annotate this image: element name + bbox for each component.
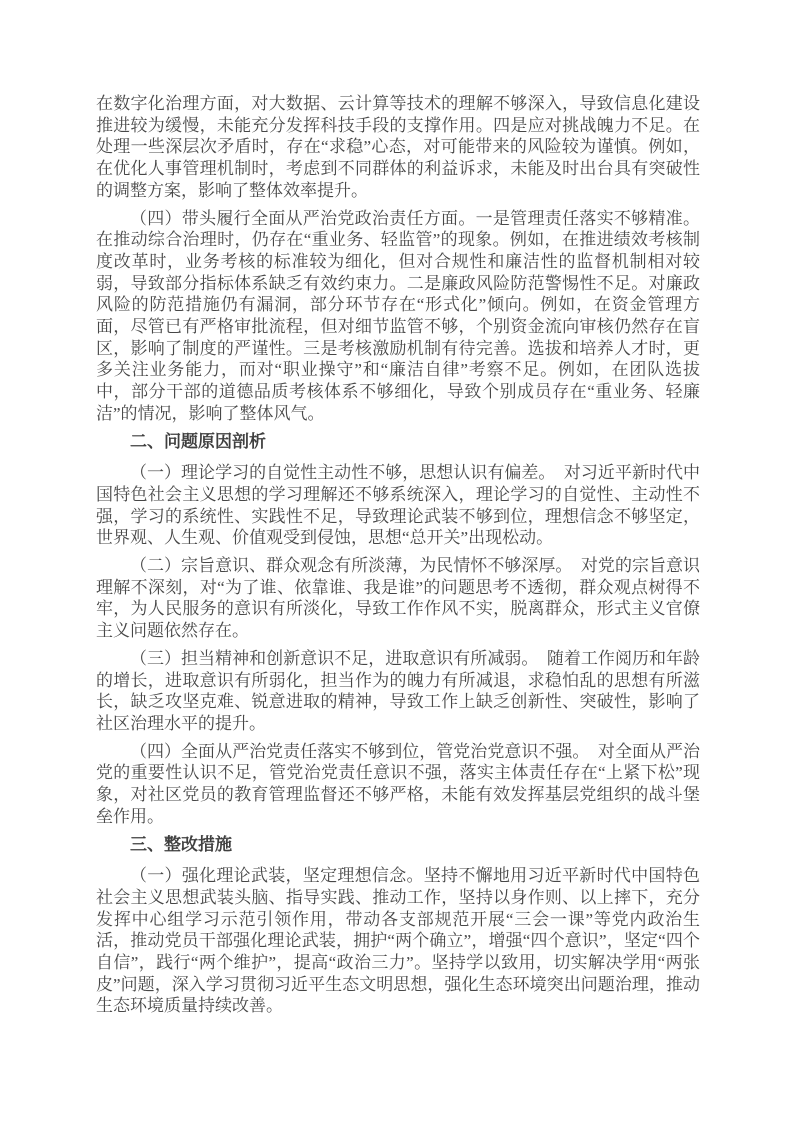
paragraph: （一）强化理论武装，坚定理想信念。坚持不懈地用习近平新时代中国特色社会主义思想武… (96, 865, 700, 1017)
paragraph: （四）全面从严治党责任落实不够到位，管党治党意识不强。 对全面从严治党的重要性认… (96, 741, 700, 828)
paragraph: 在数字化治理方面，对大数据、云计算等技术的理解不够深入，导致信息化建设推进较为缓… (96, 93, 700, 202)
document-page: 在数字化治理方面，对大数据、云计算等技术的理解不够深入，导致信息化建设推进较为缓… (0, 0, 793, 1122)
paragraph: （四）带头履行全面从严治党政治责任方面。一是管理责任落实不够精准。在推动综合治理… (96, 208, 700, 425)
document-body: 在数字化治理方面，对大数据、云计算等技术的理解不够深入，导致信息化建设推进较为缓… (96, 93, 700, 1017)
section-heading: 三、整改措施 (96, 834, 700, 856)
paragraph: （三）担当精神和创新意识不足，进取意识有所减弱。 随着工作阅历和年龄的增长，进取… (96, 648, 700, 735)
paragraph: （二）宗旨意识、群众观念有所淡薄，为民情怀不够深厚。 对党的宗旨意识理解不深刻，… (96, 555, 700, 642)
paragraph: （一）理论学习的自觉性主动性不够，思想认识有偏差。 对习近平新时代中国特色社会主… (96, 462, 700, 549)
section-heading: 二、问题原因剖析 (96, 431, 700, 453)
